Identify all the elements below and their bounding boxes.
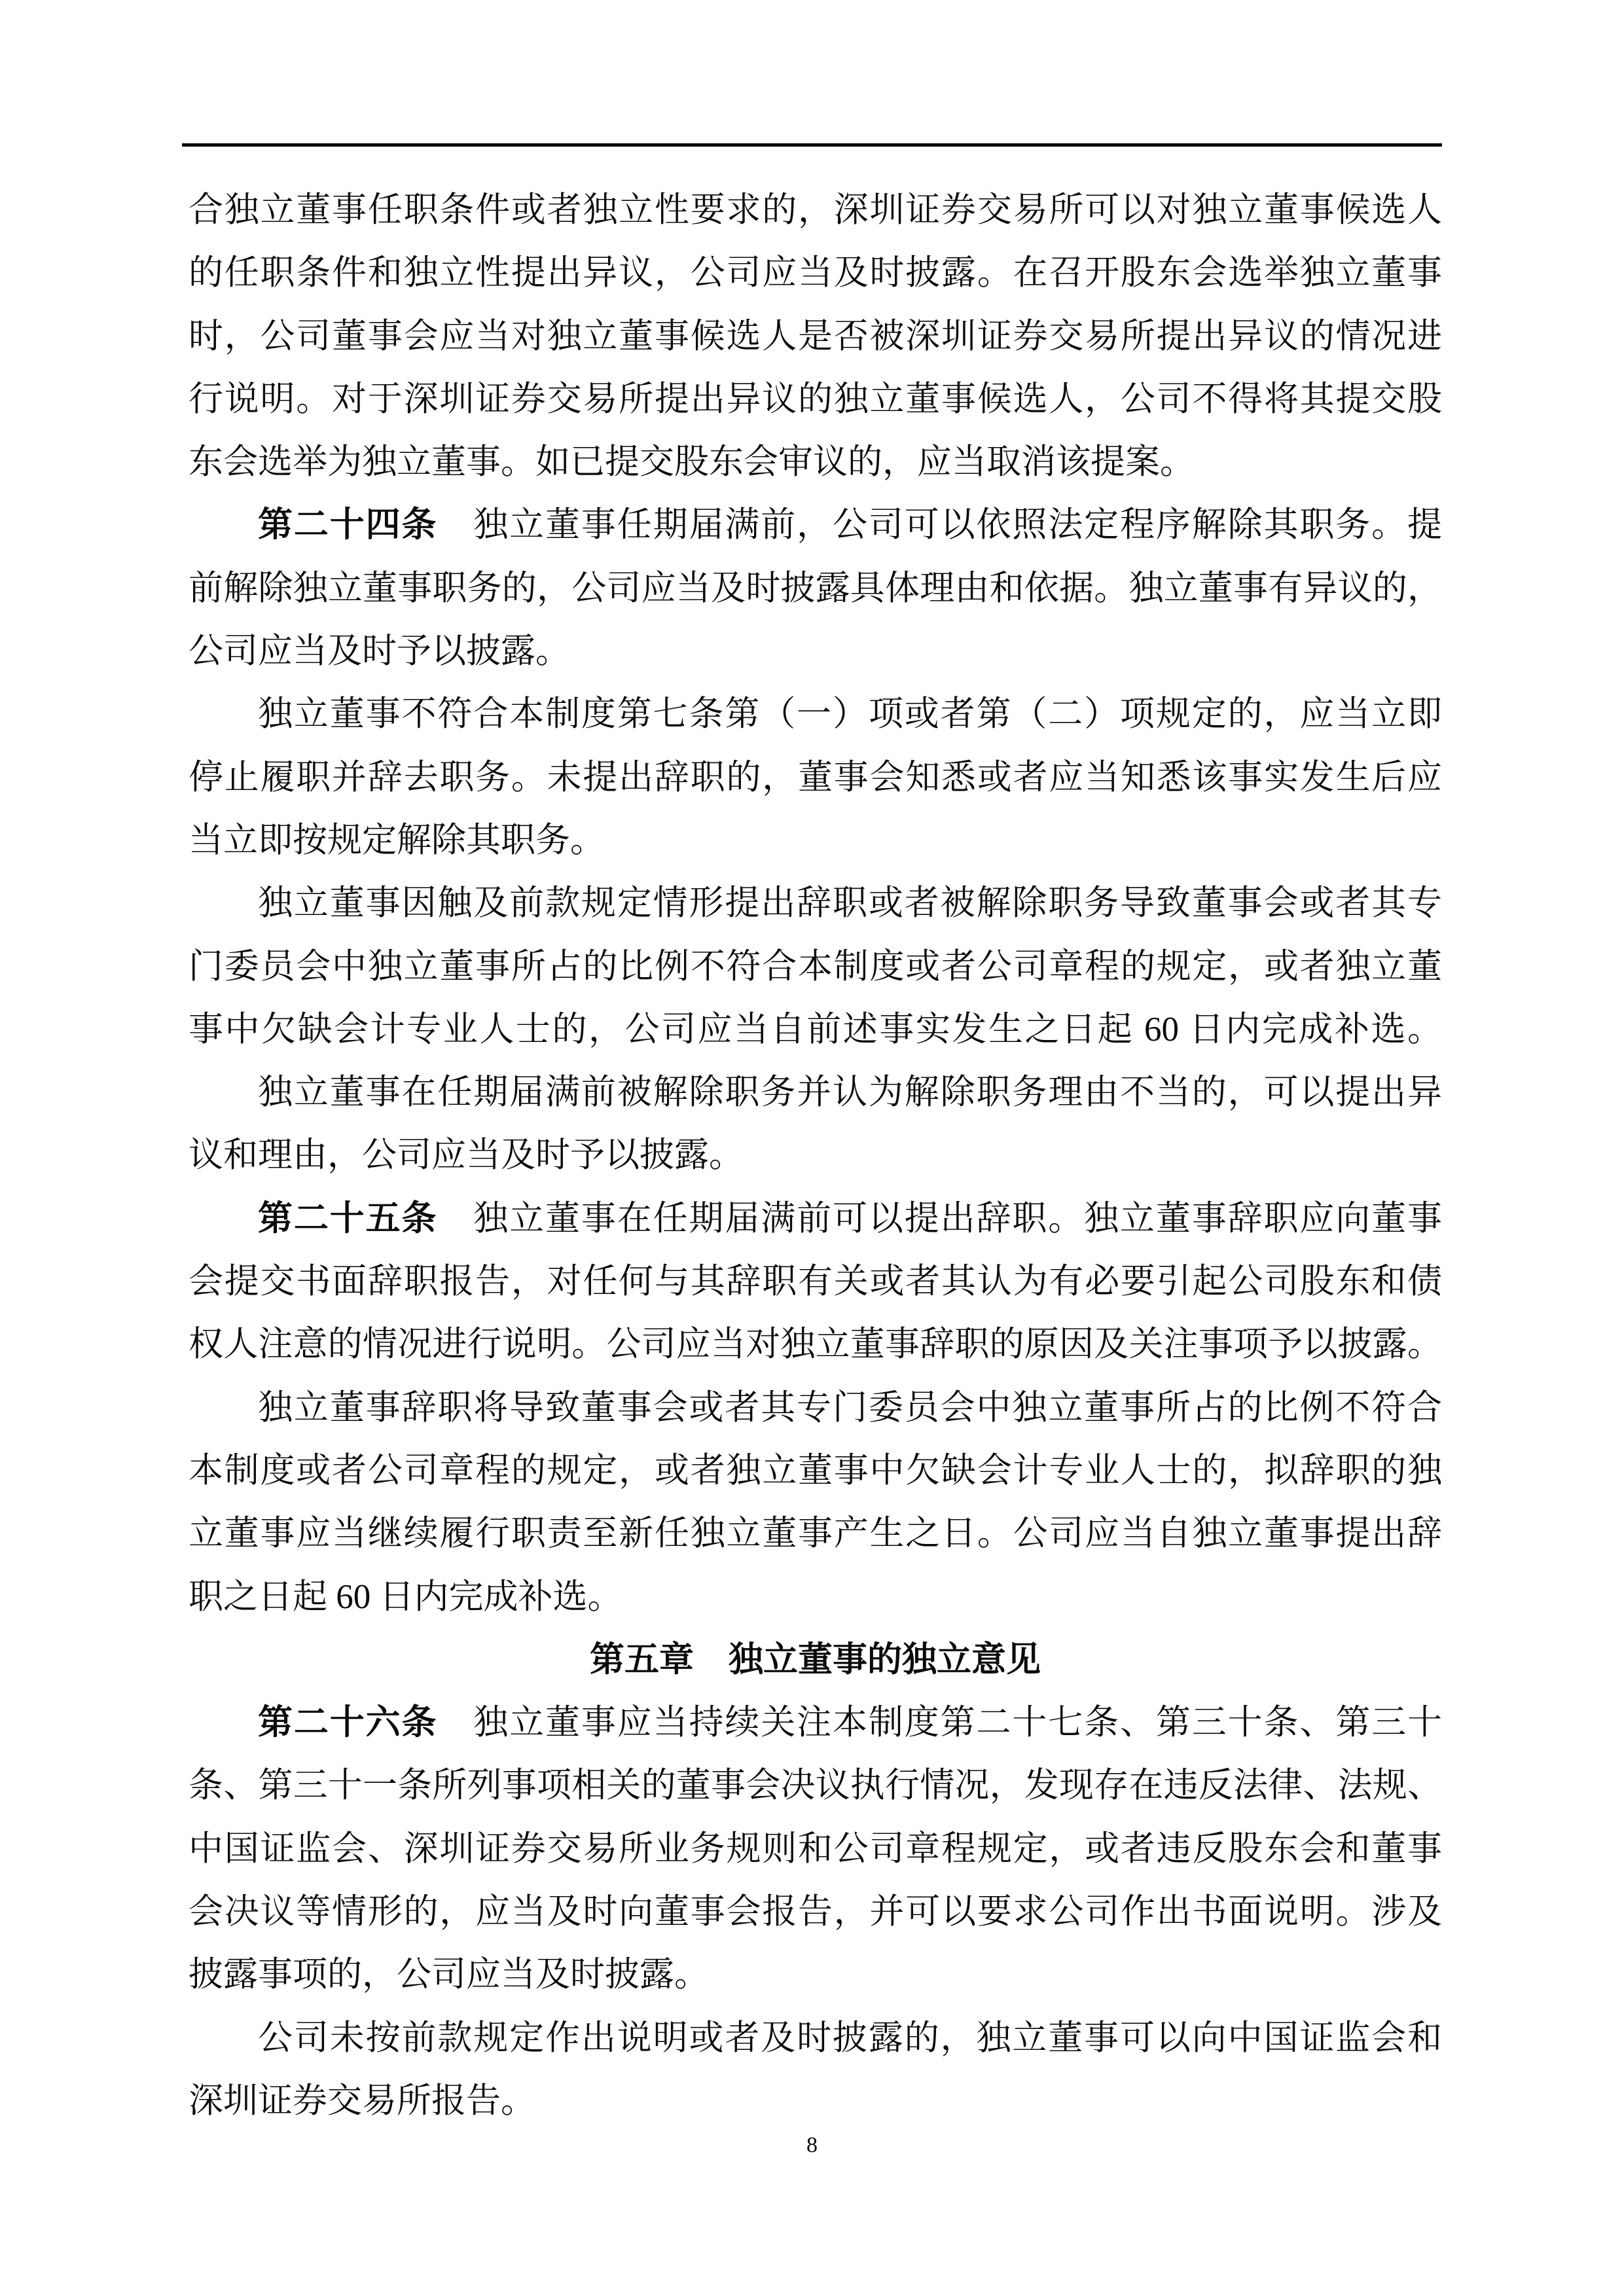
text-line: 当立即按规定解除其职务。 — [189, 809, 1442, 872]
text-run: 独立董事任期届满前，公司可以依照法定程序解除其职务。提 — [437, 506, 1442, 544]
text-run: 合独立董事任职条件或者独立性要求的，深圳证券交易所可以对独立董事候选人 — [189, 191, 1442, 229]
text-run: 独立董事辞职将导致董事会或者其专门委员会中独立董事所占的比例不符合 — [258, 1389, 1442, 1427]
text-run: 议和理由，公司应当及时予以披露。 — [189, 1136, 744, 1174]
text-run: 公司未按前款规定作出说明或者及时披露的，独立董事可以向中国证监会和 — [258, 2019, 1442, 2057]
bold-article-number: 第二十四条 — [258, 506, 437, 544]
text-line: 门委员会中独立董事所占的比例不符合本制度或者公司章程的规定，或者独立董 — [189, 935, 1442, 998]
text-run: 会提交书面辞职报告，对任何与其辞职有关或者其认为有必要引起公司股东和债 — [189, 1263, 1442, 1300]
text-run: 独立董事不符合本制度第七条第（一）项或者第（二）项规定的，应当立即 — [258, 695, 1442, 733]
text-run: 的任职条件和独立性提出异议，公司应当及时披露。在召开股东会选举独立董事 — [189, 254, 1442, 292]
text-line: 行说明。对于深圳证券交易所提出异议的独立董事候选人，公司不得将其提交股 — [189, 368, 1442, 431]
text-run: 独立董事因触及前款规定情形提出辞职或者被解除职务导致董事会或者其专 — [258, 884, 1442, 922]
document-page: 合独立董事任职条件或者独立性要求的，深圳证券交易所可以对独立董事候选人的任职条件… — [0, 0, 1624, 2296]
text-line: 会决议等情形的，应当及时向董事会报告，并可以要求公司作出书面说明。涉及 — [189, 1880, 1442, 1943]
text-line: 立董事应当继续履行职责至新任独立董事产生之日。公司应当自独立董事提出辞 — [189, 1502, 1442, 1565]
text-run: 会决议等情形的，应当及时向董事会报告，并可以要求公司作出书面说明。涉及 — [189, 1893, 1442, 1931]
text-run: 深圳证券交易所报告。 — [189, 2082, 535, 2120]
text-line: 公司未按前款规定作出说明或者及时披露的，独立董事可以向中国证监会和 — [189, 2007, 1442, 2070]
text-run: 独立董事在任期届满前可以提出辞职。独立董事辞职应向董事 — [437, 1200, 1442, 1238]
text-line: 独立董事在任期届满前被解除职务并认为解除职务理由不当的，可以提出异 — [189, 1061, 1442, 1124]
text-line: 独立董事不符合本制度第七条第（一）项或者第（二）项规定的，应当立即 — [189, 683, 1442, 745]
bold-article-number: 第二十六条 — [258, 1704, 437, 1742]
text-line: 条、第三十一条所列事项相关的董事会决议执行情况，发现存在违反法律、法规、 — [189, 1754, 1442, 1817]
bold-article-number: 第二十五条 — [258, 1200, 437, 1238]
text-run: 门委员会中独立董事所占的比例不符合本制度或者公司章程的规定，或者独立董 — [189, 948, 1442, 986]
text-line: 的任职条件和独立性提出异议，公司应当及时披露。在召开股东会选举独立董事 — [189, 242, 1442, 304]
text-run: 职之日起 60 日内完成补选。 — [189, 1578, 623, 1616]
text-run: 本制度或者公司章程的规定，或者独立董事中欠缺会计专业人士的，拟辞职的独 — [189, 1452, 1442, 1490]
chapter-heading: 第五章 独立董事的独立意见 — [189, 1628, 1442, 1691]
text-run: 时，公司董事会应当对独立董事候选人是否被深圳证券交易所提出异议的情况进 — [189, 317, 1442, 355]
text-line: 披露事项的，公司应当及时披露。 — [189, 1943, 1442, 2006]
text-line: 时，公司董事会应当对独立董事候选人是否被深圳证券交易所提出异议的情况进 — [189, 305, 1442, 368]
text-line: 第二十四条 独立董事任期届满前，公司可以依照法定程序解除其职务。提 — [189, 493, 1442, 556]
text-line: 公司应当及时予以披露。 — [189, 620, 1442, 683]
text-run: 披露事项的，公司应当及时披露。 — [189, 1956, 709, 1994]
text-line: 议和理由，公司应当及时予以披露。 — [189, 1124, 1442, 1187]
text-line: 东会选举为独立董事。如已提交股东会审议的，应当取消该提案。 — [189, 431, 1442, 493]
text-run: 条、第三十一条所列事项相关的董事会决议执行情况，发现存在违反法律、法规、 — [189, 1767, 1442, 1804]
text-run: 立董事应当继续履行职责至新任独立董事产生之日。公司应当自独立董事提出辞 — [189, 1515, 1442, 1552]
text-run: 公司应当及时予以披露。 — [189, 632, 570, 670]
text-line: 独立董事辞职将导致董事会或者其专门委员会中独立董事所占的比例不符合 — [189, 1376, 1442, 1439]
text-line: 职之日起 60 日内完成补选。 — [189, 1566, 1442, 1628]
text-line: 前解除独立董事职务的，公司应当及时披露具体理由和依据。独立董事有异议的， — [189, 557, 1442, 620]
text-run: 行说明。对于深圳证券交易所提出异议的独立董事候选人，公司不得将其提交股 — [189, 380, 1442, 418]
text-line: 第二十五条 独立董事在任期届满前可以提出辞职。独立董事辞职应向董事 — [189, 1187, 1442, 1250]
text-line: 中国证监会、深圳证券交易所业务规则和公司章程规定，或者违反股东会和董事 — [189, 1818, 1442, 1880]
page-number: 8 — [0, 2132, 1624, 2159]
text-line: 事中欠缺会计专业人士的，公司应当自前述事实发生之日起 60 日内完成补选。 — [189, 998, 1442, 1061]
text-run: 东会选举为独立董事。如已提交股东会审议的，应当取消该提案。 — [189, 443, 1195, 481]
text-line: 停止履职并辞去职务。未提出辞职的，董事会知悉或者应当知悉该事实发生后应 — [189, 746, 1442, 809]
text-line: 独立董事因触及前款规定情形提出辞职或者被解除职务导致董事会或者其专 — [189, 872, 1442, 935]
text-run: 当立即按规定解除其职务。 — [189, 821, 605, 859]
text-run: 中国证监会、深圳证券交易所业务规则和公司章程规定，或者违反股东会和董事 — [189, 1830, 1442, 1868]
text-run: 停止履职并辞去职务。未提出辞职的，董事会知悉或者应当知悉该事实发生后应 — [189, 759, 1442, 797]
bold-article-number: 第五章 独立董事的独立意见 — [590, 1641, 1041, 1679]
text-run: 独立董事在任期届满前被解除职务并认为解除职务理由不当的，可以提出异 — [258, 1073, 1442, 1111]
text-line: 合独立董事任职条件或者独立性要求的，深圳证券交易所可以对独立董事候选人 — [189, 179, 1442, 242]
text-line: 本制度或者公司章程的规定，或者独立董事中欠缺会计专业人士的，拟辞职的独 — [189, 1439, 1442, 1502]
header-rule — [182, 143, 1442, 147]
text-line: 权人注意的情况进行说明。公司应当对独立董事辞职的原因及关注事项予以披露。 — [189, 1313, 1442, 1376]
text-run: 事中欠缺会计专业人士的，公司应当自前述事实发生之日起 60 日内完成补选。 — [189, 1011, 1442, 1049]
body-text: 合独立董事任职条件或者独立性要求的，深圳证券交易所可以对独立董事候选人的任职条件… — [189, 179, 1442, 2132]
text-run: 权人注意的情况进行说明。公司应当对独立董事辞职的原因及关注事项予以披露。 — [189, 1325, 1442, 1363]
text-run: 独立董事应当持续关注本制度第二十七条、第三十条、第三十 — [437, 1704, 1442, 1742]
text-line: 第二十六条 独立董事应当持续关注本制度第二十七条、第三十条、第三十 — [189, 1691, 1442, 1754]
text-line: 会提交书面辞职报告，对任何与其辞职有关或者其认为有必要引起公司股东和债 — [189, 1250, 1442, 1313]
text-run: 前解除独立董事职务的，公司应当及时披露具体理由和依据。独立董事有异议的， — [189, 569, 1442, 607]
text-line: 深圳证券交易所报告。 — [189, 2070, 1442, 2132]
